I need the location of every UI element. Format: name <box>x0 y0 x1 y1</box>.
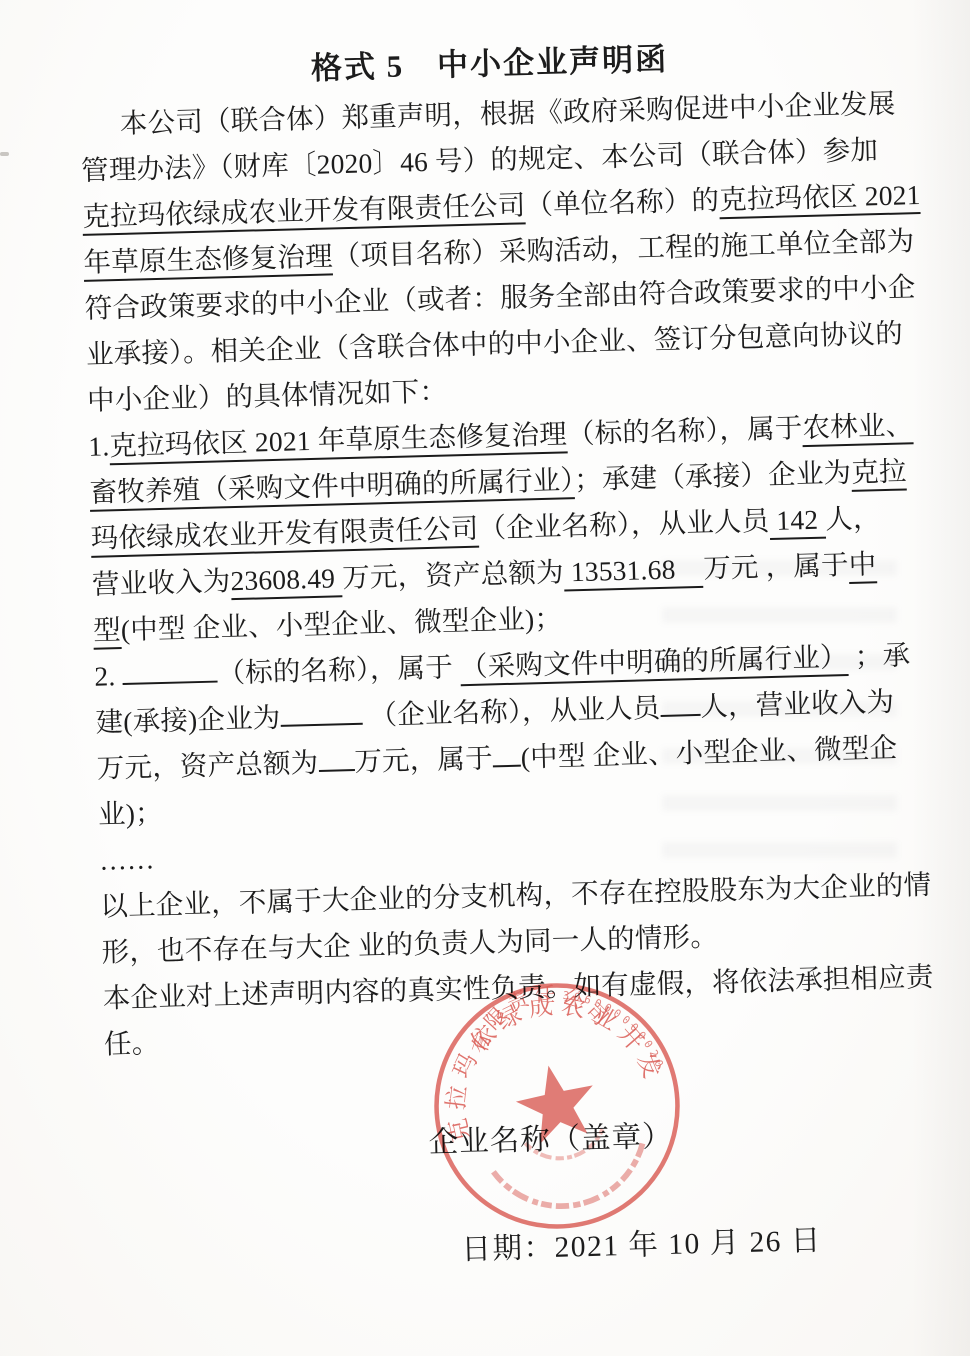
text-segment: 任。 <box>104 1027 160 1059</box>
text-segment: （单位名称）的 <box>525 184 720 220</box>
filled-field: （采购文件中明确的所属行业） <box>460 641 849 686</box>
filled-field: 克拉玛依绿成农业开发有限责任公司 <box>82 189 526 236</box>
filled-field: 型 <box>93 614 122 650</box>
doc-lines: 本公司（联合体）郑重声明，根据《政府采购促进中小企业发展管理办法》（财库〔202… <box>79 80 926 1067</box>
text-segment: 1. <box>88 430 110 462</box>
text-segment: （标的名称），属于 <box>567 412 803 449</box>
text-segment: …… <box>99 843 155 875</box>
text-segment: （企业名称），从业人员 <box>362 692 661 731</box>
text-segment: (中型 企业、小型企业、微型企业)； <box>120 603 562 646</box>
filled-field: 克拉玛依区 2021 <box>719 179 921 219</box>
text-segment: 建(承接)企业为 <box>95 702 281 738</box>
blank-field <box>318 745 355 772</box>
text-segment: （标的名称），属于 <box>217 651 460 688</box>
filled-field: 农林业、 <box>802 409 914 447</box>
declaration-document: 格式 5 中小企业声明函 本公司（联合体）郑重声明，根据《政府采购促进中小企业发… <box>78 28 932 1282</box>
blank-field <box>280 699 363 727</box>
text-segment: 万元，资产总额为 <box>96 747 318 784</box>
text-segment: 万元 ，属于 <box>703 549 849 584</box>
blank-field <box>660 690 701 717</box>
scanned-document-page: 格式 5 中小企业声明函 本公司（联合体）郑重声明，根据《政府采购促进中小企业发… <box>0 0 970 1356</box>
text-segment: 2. <box>94 660 123 692</box>
text-segment: 人，营业收入为 <box>700 686 895 722</box>
text-segment: (中型 企业、小型企业、微型企 <box>520 732 897 773</box>
text-segment: （企业名称），从业人员 <box>478 505 770 544</box>
filled-field: 畜牧养殖 <box>89 474 201 512</box>
blank-field <box>492 741 521 768</box>
text-segment: 营业收入为 <box>92 565 231 600</box>
text-segment: 万元，属于 <box>354 742 493 777</box>
text-segment: 中小企业）的具体情况如下： <box>87 375 448 415</box>
filled-field: 23608.49 <box>230 562 343 600</box>
filled-field: 年草原生态修复治理 <box>83 240 333 282</box>
filled-field: 玛依绿成农业开发有限责任公司 <box>90 513 479 558</box>
scan-artifact-dash <box>0 152 9 156</box>
filled-field: 克拉 <box>851 455 907 491</box>
filled-field: 中 <box>848 548 877 584</box>
date-line: 日期：2021 年 10 月 26 日 <box>109 1215 932 1283</box>
filled-field: 13531.68 <box>563 553 703 592</box>
text-segment: ；承 <box>847 639 910 672</box>
signature-line: 企业名称（盖章） <box>106 1107 929 1175</box>
text-segment: 业)； <box>98 797 164 830</box>
blank-field <box>122 657 218 685</box>
text-segment: ；承建（承接）企业为 <box>574 457 852 495</box>
text-segment: 人， <box>825 502 881 534</box>
text-segment: 万元，资产总额为 <box>342 556 564 593</box>
filled-field: 142 <box>769 504 826 540</box>
filled-field: （采购文件中明确的所属行业） <box>200 464 575 509</box>
text-segment: 形，也不存在与大企 业的负责人为同一人的情形。 <box>101 921 718 968</box>
text-segment: （项目名称）采购活动，工程的施工单位全部为 <box>332 225 914 271</box>
